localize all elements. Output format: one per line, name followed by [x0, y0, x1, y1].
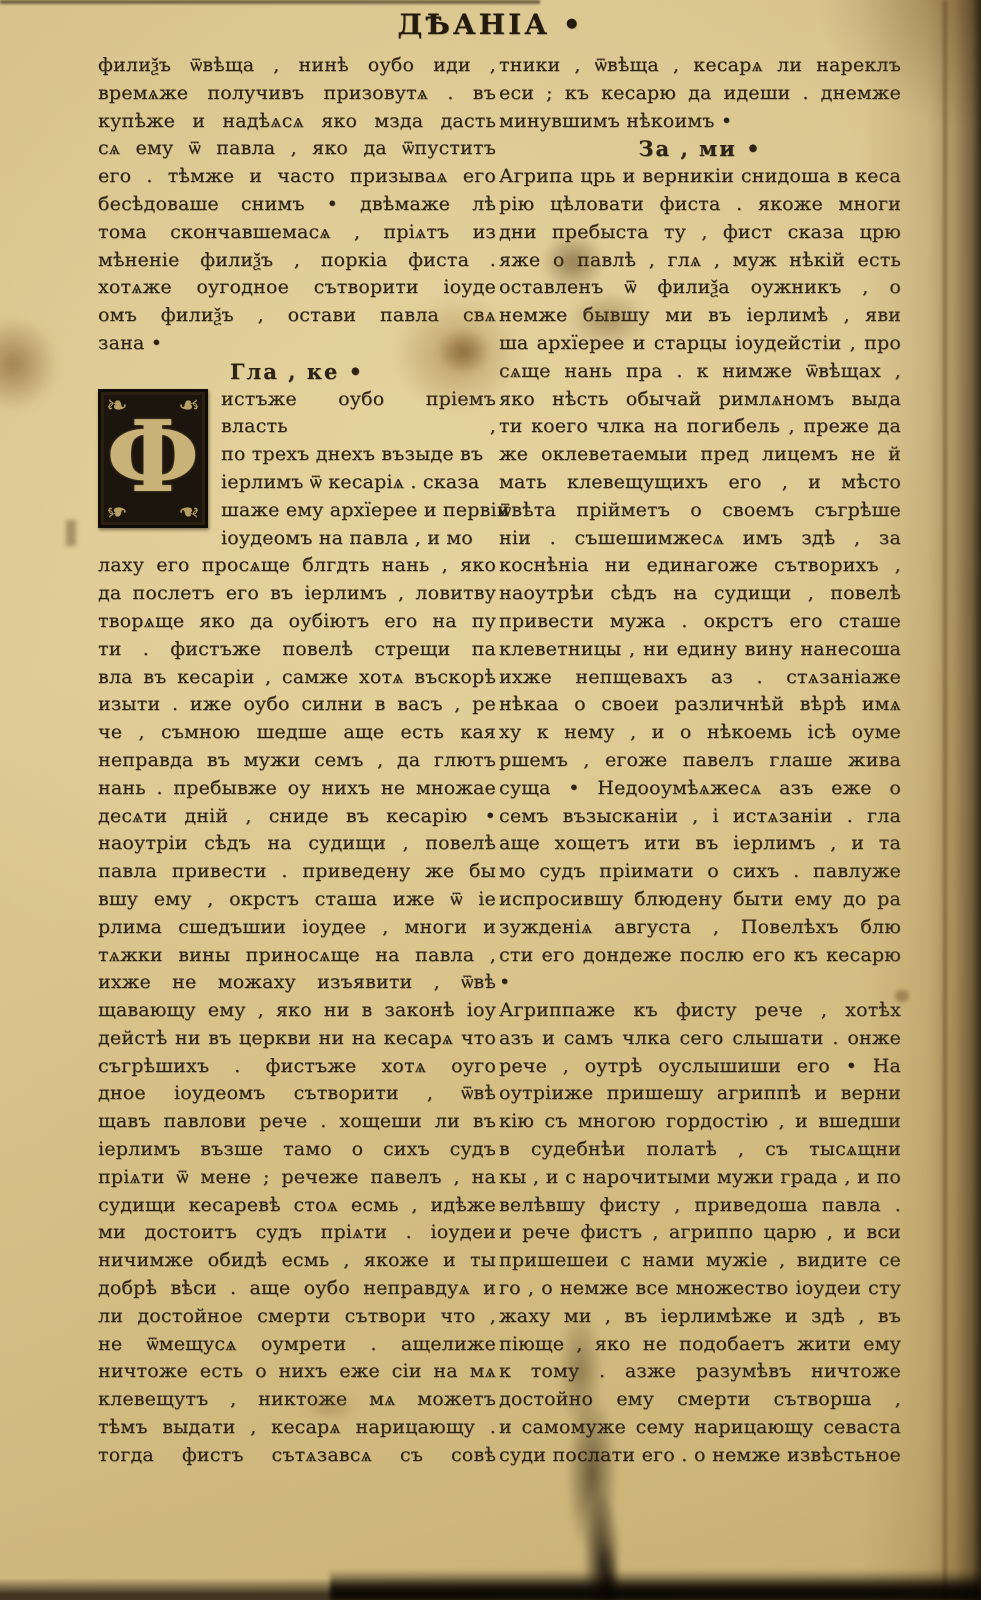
text-line: дейстѣ ни въ церкви ни на кесарѧ что [98, 1025, 496, 1053]
page-edge-top [0, 0, 540, 4]
text-line: ти коего члка на погибель , преже да [499, 413, 901, 441]
text-line: го , о немже все множество іоудеи сту [499, 1275, 901, 1303]
text-line: его . тѣмже и часто призываѧ его [98, 163, 496, 191]
text-line: вла въ кесаріи , самже хотѧ въскорѣ [98, 664, 496, 692]
text-line: іерлимъ възше тамо о сихъ судъ [98, 1136, 496, 1164]
text-line: времѧже получивъ призовутѧ . въ [98, 80, 496, 108]
text-line: нань . пребывже оу нихъ не множае [98, 775, 496, 803]
text-line: наоутріи сѣдъ на судищи , повелѣ [98, 830, 496, 858]
text-line: ти . фистъже повелѣ стрещи па [98, 636, 496, 664]
text-line: велѣвшу фисту , приведоша павла . [499, 1192, 901, 1220]
text-line: немже бывшу ми въ іерлимѣ , яви [499, 302, 901, 330]
left-column: филиѯъ ѿвѣща , нинѣ оубо иди ,времѧже по… [98, 52, 496, 1470]
text-line: нѣкаа о своеи различнѣй вѣрѣ имѧ [499, 691, 901, 719]
page-corner-shadow [811, 0, 981, 130]
text-line: ніи . съшешимжесѧ имъ здѣ , за [499, 525, 901, 553]
text-line: и самомуже сему нарицающу севаста [499, 1414, 901, 1442]
text-line: съгрѣшихъ . фистъже хотѧ оуго [98, 1053, 496, 1081]
text-line: щавающу ему , яко ни в законѣ іоу [98, 997, 496, 1025]
text-line: тогда фистъ сътѧзавсѧ съ совѣ [98, 1442, 496, 1470]
text-line: ршемъ , егоже павелъ глаше жива [499, 747, 901, 775]
text-line: кію съ многою гордостію , и вшедши [499, 1108, 901, 1136]
text-line: пришешеи с нами мужіе , видите се [499, 1247, 901, 1275]
text-line: клеветницы , ни едину вину нанесоша [499, 636, 901, 664]
text-line: сти его дондеже послю его къ кесарю • [499, 942, 901, 998]
left-paragraph-1: филиѯъ ѿвѣща , нинѣ оубо иди ,времѧже по… [98, 52, 496, 358]
text-line: хотѧже оугодное сътворити іоуде [98, 274, 496, 302]
text-line: коснѣніа ни единагоже сътворихъ , [499, 552, 901, 580]
text-line: ли достойное смерти сътвори что , [98, 1303, 496, 1331]
pericope-heading: За , ми • [499, 135, 901, 163]
woodcut-initial: ❧ ❧ ❧ ❧ Ф [98, 389, 208, 528]
text-line: ху к нему , и о нѣкоемь ісѣ оуме [499, 719, 901, 747]
paper-stain [0, 318, 58, 410]
chapter-heading: Гла , ке • [98, 358, 496, 386]
text-line: к тому . азже разумѣвъ ничтоже [499, 1358, 901, 1386]
page-fold-line [943, 0, 947, 1600]
drop-cap-letter: Ф [98, 389, 208, 528]
paper-speck [66, 520, 76, 546]
text-line: судищи кесаревѣ стоѧ есмь , идѣже [98, 1192, 496, 1220]
text-line: яже о павлѣ , глѧ , муж нѣкій есть [499, 247, 901, 275]
text-line: суща • Недооумѣѧжесѧ азъ еже о [499, 775, 901, 803]
text-line: привести мужа . окрстъ его сташе [499, 608, 901, 636]
right-paragraph-2: Агрипа црь и верникіи снидоша в кесарію … [499, 163, 901, 1469]
text-line: ничтоже есть о нихъ еже сіи на мѧ [98, 1358, 496, 1386]
text-line: филиѯъ ѿвѣща , нинѣ оубо иди , [98, 52, 496, 80]
text-line: зана • [98, 330, 496, 358]
text-line: Агриппаже къ фисту рече , хотѣх [499, 997, 901, 1025]
text-line: и рече фистъ , агриппо царю , и вси [499, 1219, 901, 1247]
text-line: сѧ ему ѿ павла , яко да ѿпуститъ [98, 135, 496, 163]
text-line: пріѧти ѿ мене ; речеже павелъ , на [98, 1164, 496, 1192]
text-line: рече , оутрѣ оуслышиши его • На [499, 1053, 901, 1081]
text-line: не ѿмещусѧ оумрети . ащелиже [98, 1331, 496, 1359]
text-line: дное іоудеомъ сътворити , ѿвѣ [98, 1080, 496, 1108]
text-line: че , съмною шедше аще есть кая [98, 719, 496, 747]
text-line: тома скончавшемасѧ , пріѧтъ из [98, 219, 496, 247]
text-line: дни пребыста ту , фист сказа црю [499, 219, 901, 247]
text-line: тѧжки вины приносѧще на павла , [98, 942, 496, 970]
text-line: піюще , яко не подобаетъ жити ему [499, 1331, 901, 1359]
text-line: кы , и с нарочитыми мужи града , и по [499, 1164, 901, 1192]
text-line: зужденіѧ августа , Повелѣхъ блю [499, 914, 901, 942]
text-line: тѣмъ выдати , кесарѧ нарицающу . [98, 1414, 496, 1442]
text-line: изыти . иже оубо силни в васъ , ре [98, 691, 496, 719]
text-line: наоутрѣи сѣдъ на судищи , повелѣ [499, 580, 901, 608]
text-line: мать клевещущихъ его , и мѣсто [499, 469, 901, 497]
book-page-scan: ДѢАНІА • филиѯъ ѿвѣща , нинѣ оубо иди ,в… [0, 0, 981, 1600]
page-edge-bottom-right [330, 1570, 981, 1600]
text-line: мо судъ пріимати о сихъ . павлуже [499, 858, 901, 886]
text-line: сѧще нань пра . к нимже ѿвѣщах , [499, 358, 901, 386]
text-line: ихже непщевахъ аз . стѧзаніаже [499, 664, 901, 692]
text-line: десѧти дній , сниде въ кесарію • [98, 803, 496, 831]
text-line: испросившу блюдену быти ему до ра [499, 886, 901, 914]
text-line: творѧще яко да оубіютъ его на пу [98, 608, 496, 636]
text-line: ша архїерее и старцы іоудейстіи , про [499, 330, 901, 358]
text-line: семъ възысканіи , і истѧзаніи . гла [499, 803, 901, 831]
text-line: яко нѣсть обычай римлѧномъ выда [499, 386, 901, 414]
text-line: купѣже и надѣѧсѧ яко мзда дасть [98, 108, 496, 136]
text-line: клевещутъ , никтоже мѧ можетъ [98, 1386, 496, 1414]
text-line: суди послати его . о немже извѣстьное [499, 1442, 901, 1470]
text-line: рлима сшедъшии іоудее , многи и [98, 914, 496, 942]
text-line: азъ и самъ члка сего слышати . онже [499, 1025, 901, 1053]
text-line: рію цѣловати фиста . якоже многи [499, 191, 901, 219]
text-line: оставленъ ѿ филиѯа оужникъ , о [499, 274, 901, 302]
text-line: да послетъ его въ іерлимъ , ловитву [98, 580, 496, 608]
text-line: же оклеветаемыи пред лицемъ не й [499, 441, 901, 469]
text-line: іоудеомъ на павла , и мо [98, 525, 496, 553]
text-line: неправда въ мужи семъ , да глютъ [98, 747, 496, 775]
right-column: тники , ѿвѣща , кесарѧ ли нареклъеси ; к… [499, 52, 901, 1470]
text-line: жаху ми , въ іерлимѣже и здѣ , въ [499, 1303, 901, 1331]
text-line: бесѣдоваше снимъ • двѣмаже лѣ [98, 191, 496, 219]
text-line: вшу ему , окрстъ сташа иже ѿ іе [98, 886, 496, 914]
text-line: павла привести . приведену же бы [98, 858, 496, 886]
left-paragraph-2: ❧ ❧ ❧ ❧ Ф истъже оубо пріемъ власть ,по … [98, 386, 496, 1470]
text-line: ѿвѣта прійметъ о своемъ съгрѣше [499, 497, 901, 525]
text-line: ми достоитъ судъ пріѧти . іоудеи [98, 1219, 496, 1247]
text-line: достойно ему смерти сътворша , [499, 1386, 901, 1414]
text-line: щавъ павлови рече . хощеши ли въ [98, 1108, 496, 1136]
left-paragraph-2-lines: истъже оубо пріемъ власть ,по трехъ днех… [98, 386, 496, 1470]
text-line: ничимже обидѣ есмь , якоже и ты [98, 1247, 496, 1275]
text-line: Агрипа црь и верникіи снидоша в кеса [499, 163, 901, 191]
text-line: оутріиже пришешу агриппѣ и верни [499, 1080, 901, 1108]
text-line: омъ филиѯъ , остави павла свѧ [98, 302, 496, 330]
text-line: лаху его просѧще блгдть нань , яко [98, 552, 496, 580]
text-line: добрѣ вѣси . аще оубо неправдуѧ и [98, 1275, 496, 1303]
text-line: ихже не можаху изъявити , ѿвѣ [98, 969, 496, 997]
text-line: мѣненіе филиѯъ , поркіа фиста . [98, 247, 496, 275]
text-line: в судебнѣи полатѣ , съ тысѧщни [499, 1136, 901, 1164]
text-line: аще хощетъ ити въ іерлимъ , и та [499, 830, 901, 858]
